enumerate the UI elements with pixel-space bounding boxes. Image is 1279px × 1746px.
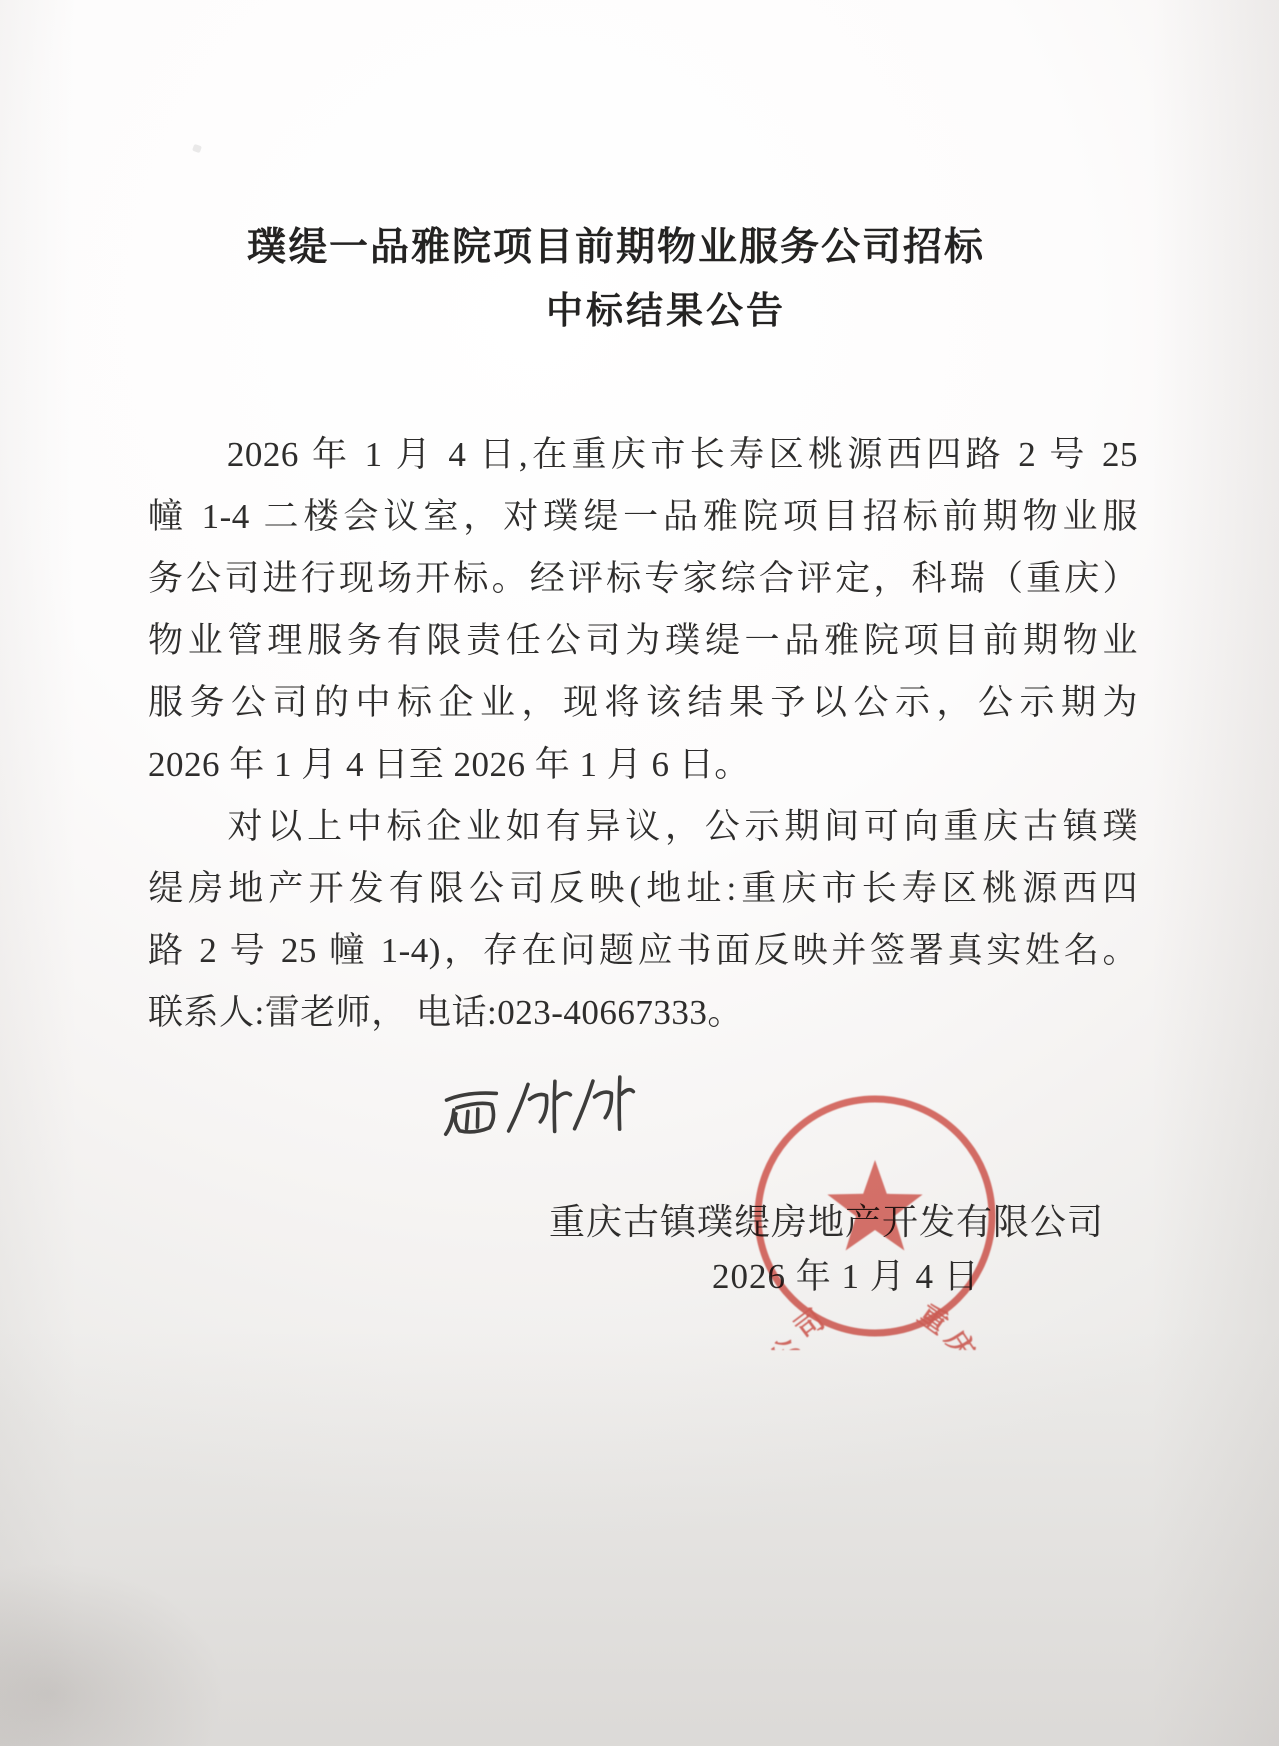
handwritten-signature [436,1067,639,1159]
body-line: 物业管理服务有限责任公司为璞缇一品雅院项目前期物业 [148,610,1138,672]
body-line: 联系人:雷老师， 电话:023-40667333。 [148,982,1138,1044]
body-line: 路 2 号 25 幢 1-4)，存在问题应书面反映并签署真实姓名。 [148,920,1138,982]
body-line: 缇房地产开发有限公司反映(地址:重庆市长寿区桃源西四 [148,858,1138,920]
paper-speck [192,144,202,153]
announcement-document-photo: 璞缇一品雅院项目前期物业服务公司招标 中标结果公告 2026 年 1 月 4 日… [0,0,1279,1746]
body-line: 2026 年 1 月 4 日至 2026 年 1 月 6 日。 [148,734,1138,796]
body-line: 务公司进行现场开标。经评标专家综合评定，科瑞（重庆） [148,548,1138,610]
body-line: 对以上中标企业如有异议，公示期间可向重庆古镇璞 [148,796,1138,858]
body-line: 幢 1-4 二楼会议室，对璞缇一品雅院项目招标前期物业服 [148,486,1138,548]
document-body: 2026 年 1 月 4 日,在重庆市长寿区桃源西四路 2 号 25 幢 1-4… [148,424,1138,1044]
title-line-1: 璞缇一品雅院项目前期物业服务公司招标 [122,224,1110,272]
seal-arc-text: 重庆古镇璞缇房地产开发有限公司 [754,1298,996,1350]
document-title: 璞缇一品雅院项目前期物业服务公司招标 中标结果公告 [148,224,1136,334]
body-line: 2026 年 1 月 4 日,在重庆市长寿区桃源西四路 2 号 25 [148,424,1138,486]
svg-text:重庆古镇璞缇房地产开发有限公司: 重庆古镇璞缇房地产开发有限公司 [754,1298,996,1350]
company-seal-stamp: 重庆古镇璞缇房地产开发有限公司 6C0E4Q0C46Q33 [745,1086,1005,1350]
title-line-2: 中标结果公告 [172,288,1160,334]
seal-star-icon [827,1160,922,1251]
body-line: 服务公司的中标企业，现将该结果予以公示，公示期为 [148,672,1138,734]
